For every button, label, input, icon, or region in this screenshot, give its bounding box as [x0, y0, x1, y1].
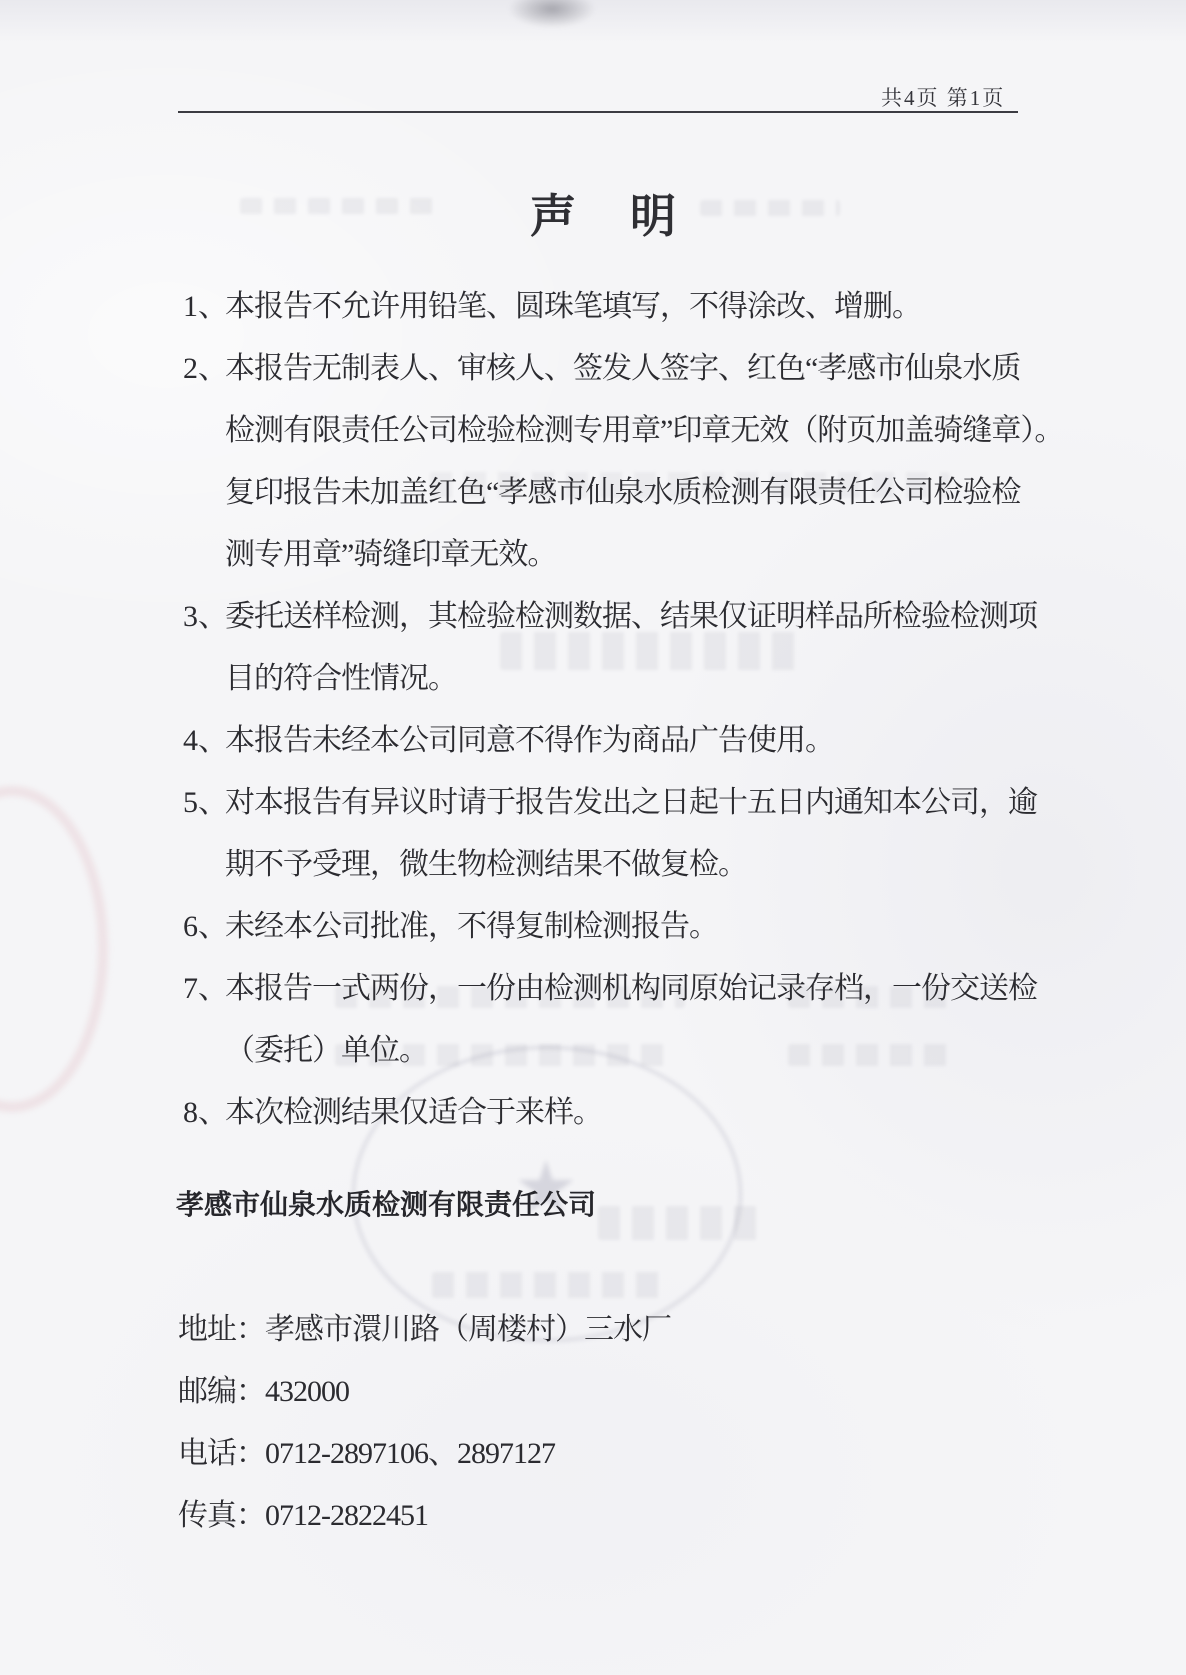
- statement-line: 测专用章”骑缝印章无效。: [0, 524, 1186, 586]
- item-text: 对本报告有异议时请于报告发出之日起十五日内通知本公司，逾: [225, 786, 1037, 819]
- contact-block: 地址：孝感市澴川路（周楼村）三水厂 邮编：432000 电话：0712-2897…: [0, 1299, 1186, 1547]
- address-label: 地址：: [178, 1313, 265, 1346]
- statement-line: （委托）单位。: [0, 1020, 1186, 1082]
- item-text: 本次检测结果仅适合于来样。: [225, 1096, 602, 1129]
- statement-line: 4、本报告未经本公司同意不得作为商品广告使用。: [0, 710, 1186, 772]
- statement-line: 3、委托送样检测，其检验检测数据、结果仅证明样品所检验检测项: [0, 586, 1186, 648]
- contact-postcode: 邮编：432000: [0, 1361, 1186, 1423]
- item-text: 检测有限责任公司检验检测专用章”印章无效（附页加盖骑缝章）。: [225, 414, 1063, 447]
- statement-line: 检测有限责任公司检验检测专用章”印章无效（附页加盖骑缝章）。: [0, 400, 1186, 462]
- item-text: 本报告未经本公司同意不得作为商品广告使用。: [225, 724, 834, 757]
- contact-phone: 电话：0712-2897106、2897127: [0, 1423, 1186, 1485]
- statement-list: 1、本报告不允许用铅笔、圆珠笔填写，不得涂改、增删。2、本报告无制表人、审核人、…: [0, 276, 1186, 1144]
- contact-address: 地址：孝感市澴川路（周楼村）三水厂: [0, 1299, 1186, 1361]
- item-number: 1、: [183, 276, 225, 338]
- item-text: 复印报告未加盖红色“孝感市仙泉水质检测有限责任公司检验检: [225, 476, 1020, 509]
- company-name: 孝感市仙泉水质检测有限责任公司: [0, 1174, 1186, 1236]
- fax-value: 0712-2822451: [265, 1499, 428, 1532]
- phone-value: 0712-2897106、2897127: [265, 1437, 555, 1470]
- header-rule: [178, 111, 1018, 113]
- statement-line: 7、本报告一式两份，一份由检测机构同原始记录存档，一份交送检: [0, 958, 1186, 1020]
- address-value: 孝感市澴川路（周楼村）三水厂: [265, 1313, 671, 1346]
- item-text: 委托送样检测，其检验检测数据、结果仅证明样品所检验检测项: [225, 600, 1037, 633]
- statement-line: 5、对本报告有异议时请于报告发出之日起十五日内通知本公司，逾: [0, 772, 1186, 834]
- item-text: （委托）单位。: [225, 1034, 428, 1067]
- statement-line: 8、本次检测结果仅适合于来样。: [0, 1082, 1186, 1144]
- contact-fax: 传真：0712-2822451: [0, 1485, 1186, 1547]
- bleed-through-artifact: [432, 1272, 662, 1298]
- page-title: 声 明: [12, 187, 1186, 247]
- fax-label: 传真：: [178, 1499, 265, 1532]
- postcode-label: 邮编：: [178, 1375, 265, 1408]
- item-number: 6、: [183, 896, 225, 958]
- page-count-info: 共4页 第1页: [881, 83, 1005, 113]
- item-number: 7、: [183, 958, 225, 1020]
- statement-line: 目的符合性情况。: [0, 648, 1186, 710]
- scan-smudge: [508, 0, 596, 28]
- item-number: 5、: [183, 772, 225, 834]
- item-number: 8、: [183, 1082, 225, 1144]
- statement-line: 2、本报告无制表人、审核人、签发人签字、红色“孝感市仙泉水质: [0, 338, 1186, 400]
- item-text: 期不予受理，微生物检测结果不做复检。: [225, 848, 747, 881]
- item-text: 目的符合性情况。: [225, 662, 457, 695]
- item-text: 本报告无制表人、审核人、签发人签字、红色“孝感市仙泉水质: [225, 352, 1020, 385]
- scanned-statement-page: ★ 共4页 第1页 声 明 1、本报告不允许用铅笔、圆珠笔填写，不得涂改、增删。…: [0, 0, 1186, 1675]
- item-text: 本报告一式两份，一份由检测机构同原始记录存档，一份交送检: [225, 972, 1037, 1005]
- postcode-value: 432000: [265, 1375, 349, 1408]
- item-number: 4、: [183, 710, 225, 772]
- statement-line: 1、本报告不允许用铅笔、圆珠笔填写，不得涂改、增删。: [0, 276, 1186, 338]
- item-number: 3、: [183, 586, 225, 648]
- statement-line: 期不予受理，微生物检测结果不做复检。: [0, 834, 1186, 896]
- phone-label: 电话：: [178, 1437, 265, 1470]
- item-number: 2、: [183, 338, 225, 400]
- item-text: 本报告不允许用铅笔、圆珠笔填写，不得涂改、增删。: [225, 290, 921, 323]
- item-text: 测专用章”骑缝印章无效。: [225, 538, 556, 571]
- statement-line: 6、未经本公司批准，不得复制检测报告。: [0, 896, 1186, 958]
- statement-line: 复印报告未加盖红色“孝感市仙泉水质检测有限责任公司检验检: [0, 462, 1186, 524]
- item-text: 未经本公司批准，不得复制检测报告。: [225, 910, 718, 943]
